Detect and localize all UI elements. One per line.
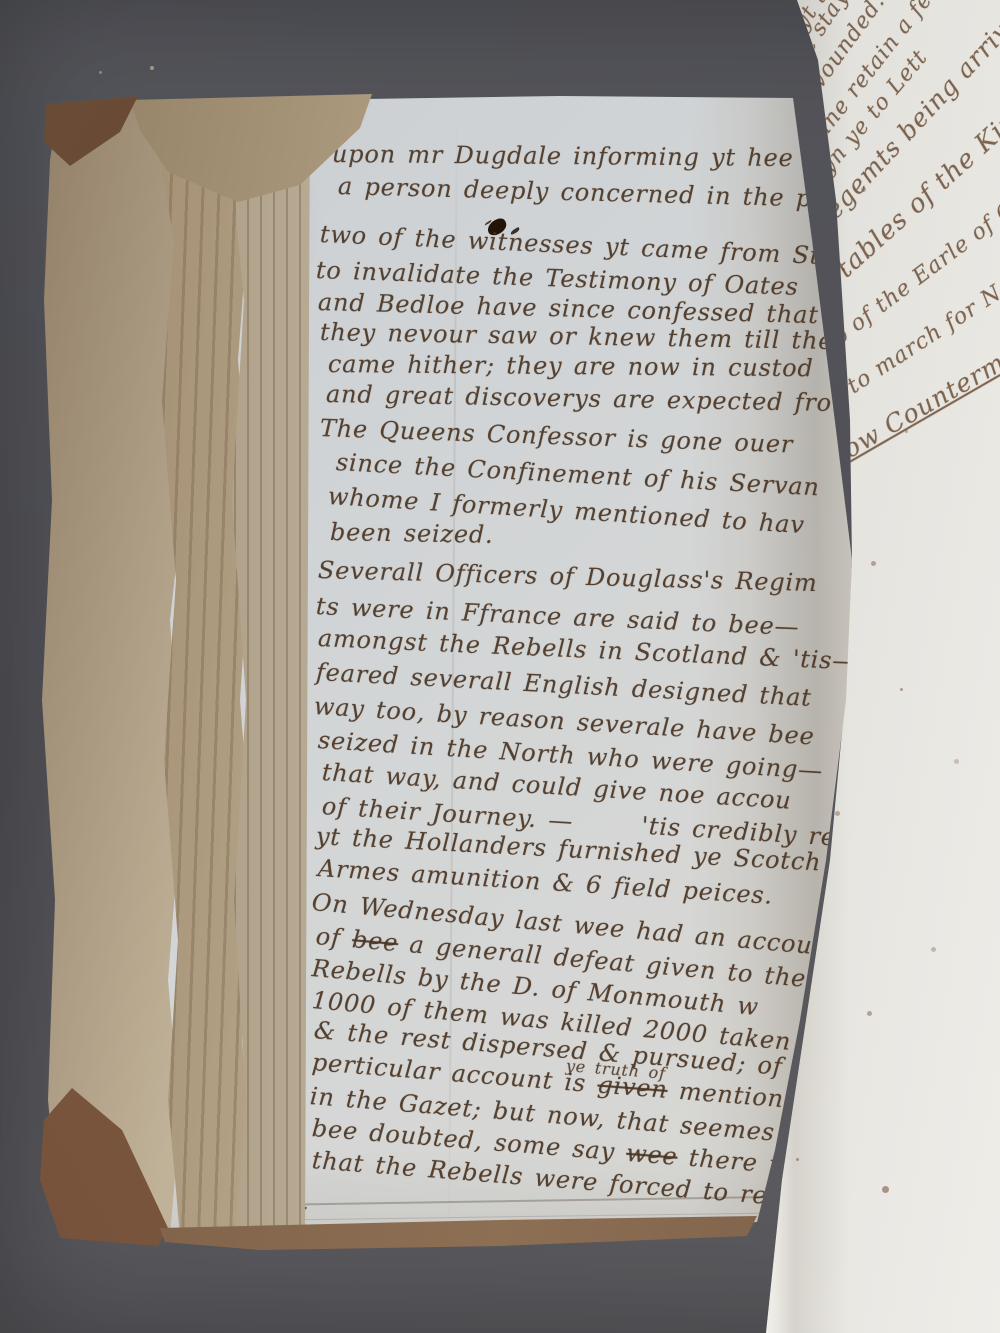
background-speck: [150, 66, 154, 70]
struck-word: wee: [625, 1139, 678, 1171]
background-speck: [99, 71, 102, 74]
foxing-spots: [0, 0, 3, 3]
line-text: been seized.: [330, 518, 494, 549]
manuscript-photo: yt they did itnot stayor wounded. butaga…: [0, 0, 1000, 1333]
line-text: came hither; they are now in custod: [328, 350, 814, 382]
line-text: upon mr Dugdale informing yt hee was—: [332, 140, 880, 173]
line-text: of: [315, 922, 354, 953]
manuscript-line: came hither; they are now in custod: [328, 350, 814, 382]
manuscript-line: been seized.: [330, 518, 494, 549]
struck-word: bee: [351, 925, 399, 957]
manuscript-line: upon mr Dugdale informing yt hee was—: [332, 140, 880, 173]
